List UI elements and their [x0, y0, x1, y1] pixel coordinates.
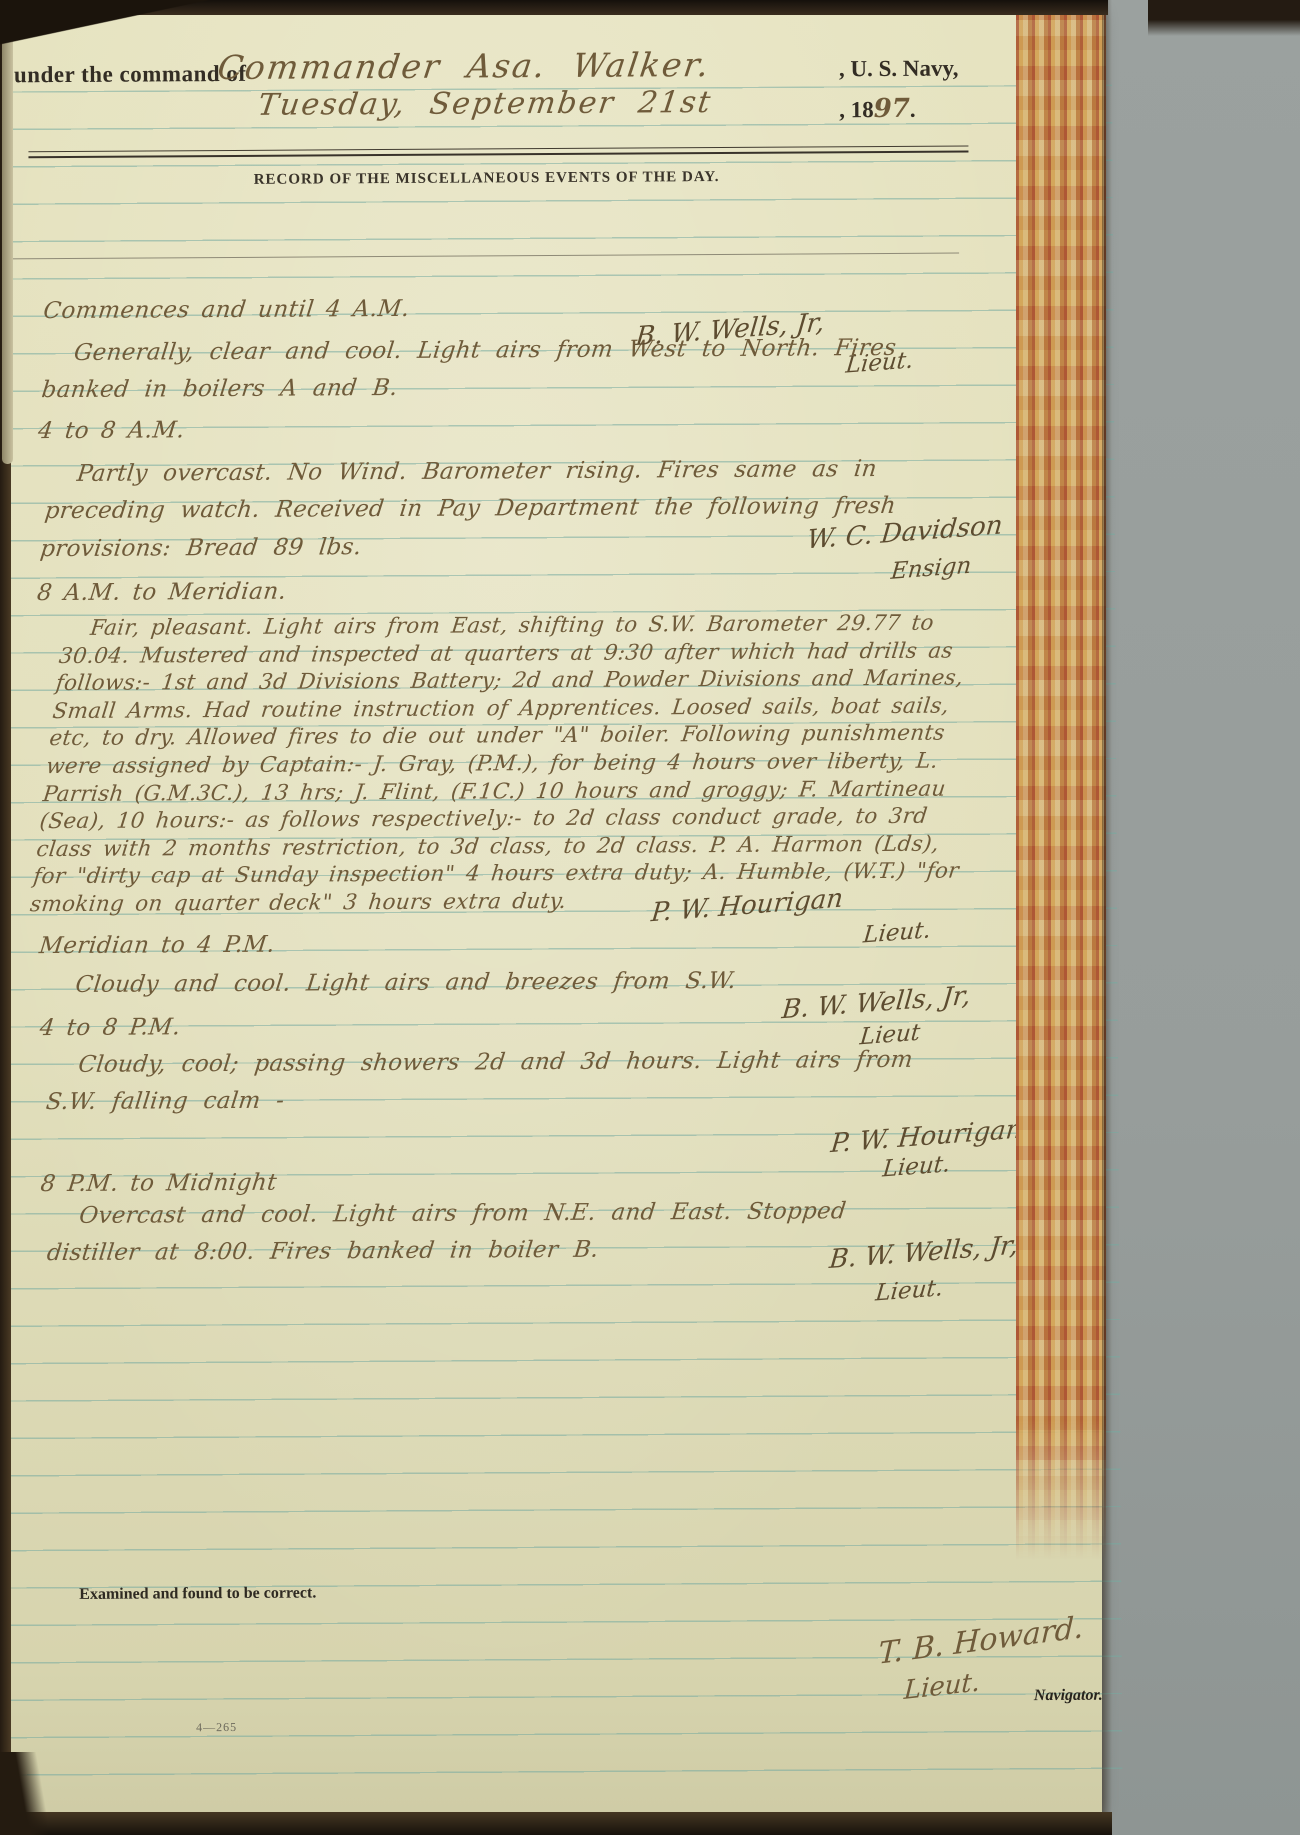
navigator-label: Navigator. — [1034, 1687, 1103, 1705]
page-edge-shadow — [1102, 0, 1112, 1812]
year-period-label: . — [910, 97, 916, 122]
watch-heading: 4 to 8 A.M. — [37, 417, 187, 444]
officer-rank: Lieut. — [874, 1275, 944, 1306]
commander-name-handwritten: Commander Asa. Walker. — [215, 45, 713, 87]
us-navy-label: , U. S. Navy, — [839, 56, 959, 83]
officer-rank: Lieut. — [862, 917, 932, 948]
year-prefix-label: , 18 — [839, 97, 874, 122]
officer-rank: Lieut. — [881, 1151, 951, 1182]
watch-heading: 8 P.M. to Midnight — [39, 1170, 278, 1197]
watch-heading: Meridian to 4 P.M. — [38, 932, 277, 959]
officer-rank: Lieut. — [845, 347, 915, 378]
examined-statement: Examined and found to be correct. — [79, 1584, 316, 1603]
watch-entry: Partly overcast. No Wind. Barometer risi… — [38, 451, 931, 569]
watch-heading: 4 to 8 P.M. — [38, 1014, 182, 1041]
logbook-page: under the command of Commander Asa. Walk… — [10, 12, 1102, 1812]
logbook-scan: under the command of Commander Asa. Walk… — [0, 0, 1300, 1835]
watch-entry: Overcast and cool. Light airs from N.E. … — [45, 1193, 934, 1273]
marbled-page-edge — [1016, 0, 1106, 1580]
bottom-left-cover-corner — [0, 1752, 70, 1835]
date-handwritten: Tuesday, September 21st — [256, 85, 715, 123]
top-right-cover-corner — [1148, 0, 1300, 36]
year-handwritten: 97 — [874, 94, 910, 124]
bottom-binding-edge — [0, 1812, 1112, 1835]
year-line: , 1897. — [839, 94, 916, 124]
watch-heading: Commences and until 4 A.M. — [42, 296, 411, 324]
command-of-label: under the command of — [14, 61, 247, 88]
top-left-cover-corner — [0, 0, 215, 52]
printers-mark: 4—265 — [196, 1720, 237, 1735]
watch-entry: Generally, clear and cool. Light airs fr… — [39, 330, 928, 410]
watch-entry: Fair, pleasant. Light airs from East, sh… — [28, 609, 1001, 918]
facing-page-sliver — [2, 34, 13, 464]
watch-entry: Cloudy, cool; passing showers 2d and 3d … — [44, 1042, 933, 1122]
page-content: under the command of Commander Asa. Walk… — [6, 9, 1109, 1816]
watch-heading: 8 A.M. to Meridian. — [36, 579, 288, 607]
